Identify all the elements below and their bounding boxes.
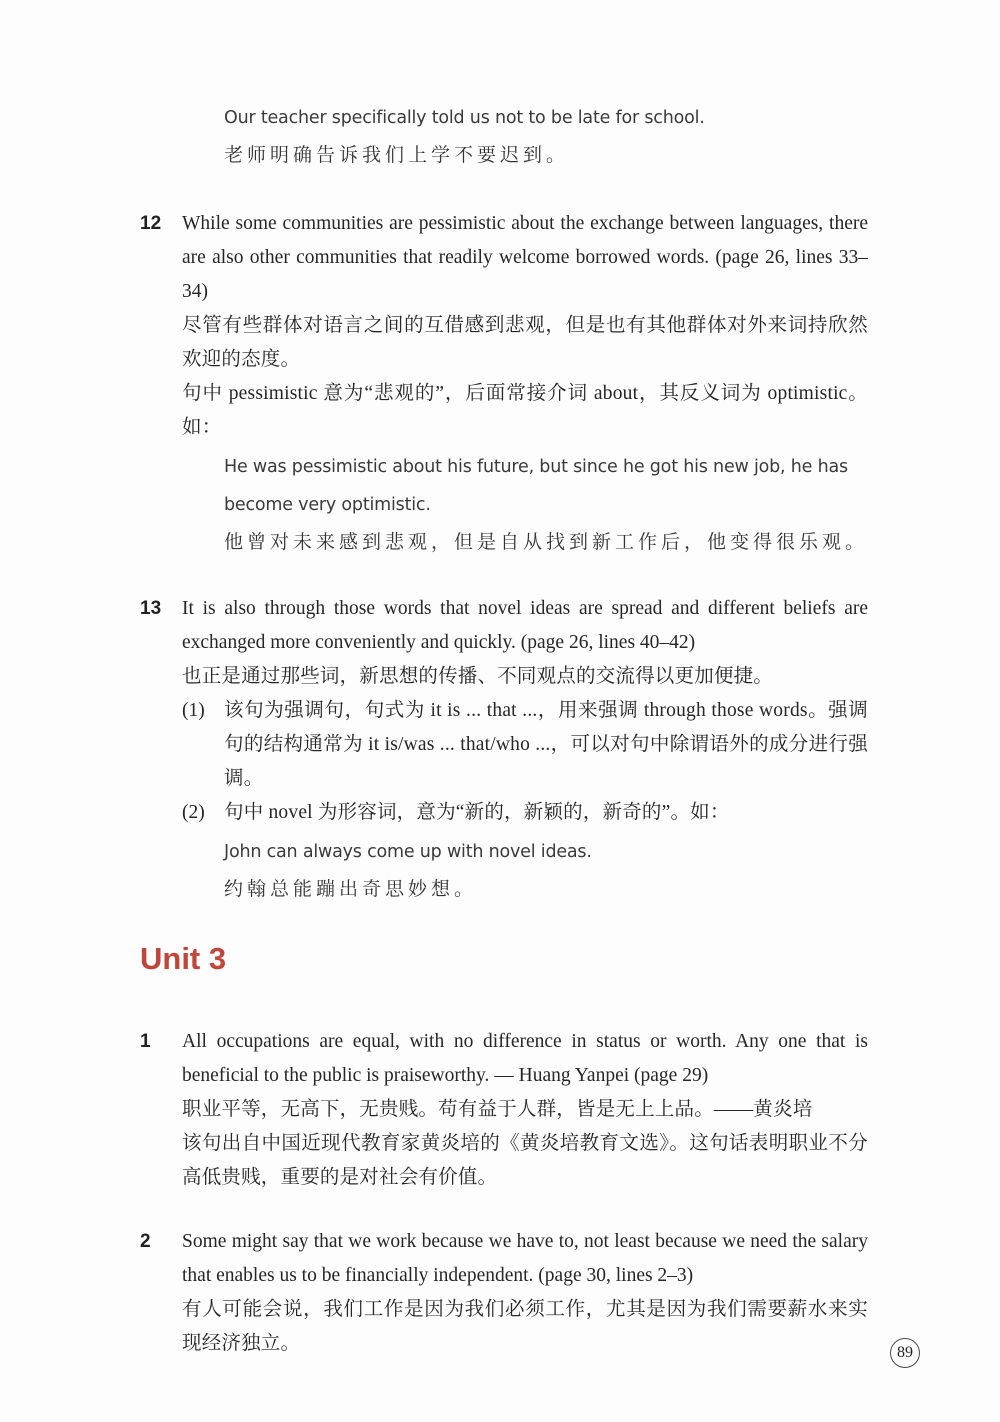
item-english-sentence: It is also through those words that nove… — [182, 592, 868, 660]
sub-item-text: 该句为强调句，句式为 it is ... that ...，用来强调 throu… — [224, 694, 868, 796]
page-number-badge: 89 — [890, 1338, 920, 1368]
example-translation-zh: 约翰总能蹦出奇思妙想。 — [224, 871, 868, 909]
item-chinese-translation: 有人可能会说，我们工作是因为我们必须工作，尤其是因为我们需要薪水来实现经济独立。 — [182, 1293, 868, 1361]
numbered-item-2: 2 Some might say that we work because we… — [140, 1225, 868, 1361]
example-sentence-en: John can always come up with novel ideas… — [224, 833, 868, 871]
example-translation-zh: 老师明确告诉我们上学不要迟到。 — [224, 137, 868, 175]
sub-item-1: (1) 该句为强调句，句式为 it is ... that ...，用来强调 t… — [182, 694, 868, 796]
item-number-spacer — [140, 96, 182, 175]
item-number: 12 — [140, 207, 182, 562]
unit-heading: Unit 3 — [140, 939, 868, 979]
page-content: Our teacher specifically told us not to … — [0, 0, 1000, 1361]
numbered-item-12: 12 While some communities are pessimisti… — [140, 207, 868, 562]
example-block: Our teacher specifically told us not to … — [182, 99, 868, 175]
item-chinese-quote: 职业平等，无高下，无贵贱。苟有益于人群，皆是无上上品。——黄炎培 — [182, 1093, 868, 1127]
sub-item-2: (2) 句中 novel 为形容词，意为“新的，新颖的，新奇的”。如： — [182, 796, 868, 830]
usage-note: 句中 pessimistic 意为“悲观的”，后面常接介词 about，其反义词… — [182, 377, 868, 445]
numbered-item-1: 1 All occupations are equal, with no dif… — [140, 1025, 868, 1195]
textbook-page: Our teacher specifically told us not to … — [0, 0, 1000, 1422]
example-translation-zh: 他曾对未来感到悲观，但是自从找到新工作后，他变得很乐观。 — [224, 524, 868, 562]
example-sentence-en: He was pessimistic about his future, but… — [224, 448, 868, 524]
item-chinese-translation: 也正是通过那些词，新思想的传播、不同观点的交流得以更加便捷。 — [182, 660, 868, 694]
item-chinese-translation: 尽管有些群体对语言之间的互借感到悲观，但是也有其他群体对外来词持欣然欢迎的态度。 — [182, 309, 868, 377]
example-block: He was pessimistic about his future, but… — [182, 448, 868, 562]
numbered-item-13: 13 It is also through those words that n… — [140, 592, 868, 909]
item-english-sentence: Some might say that we work because we h… — [182, 1225, 868, 1293]
sub-item-marker: (2) — [182, 796, 224, 830]
example-sentence-en: Our teacher specifically told us not to … — [224, 99, 868, 137]
intro-example-block: Our teacher specifically told us not to … — [140, 96, 868, 175]
item-english-sentence: While some communities are pessimistic a… — [182, 207, 868, 309]
page-number: 89 — [897, 1344, 913, 1362]
sub-item-marker: (1) — [182, 694, 224, 796]
item-english-sentence: All occupations are equal, with no diffe… — [182, 1025, 868, 1093]
item-chinese-note: 该句出自中国近现代教育家黄炎培的《黄炎培教育文选》。这句话表明职业不分高低贵贱，… — [182, 1127, 868, 1195]
sub-item-text: 句中 novel 为形容词，意为“新的，新颖的，新奇的”。如： — [224, 796, 868, 830]
item-number: 2 — [140, 1225, 182, 1361]
item-number: 13 — [140, 592, 182, 909]
example-block: John can always come up with novel ideas… — [182, 833, 868, 909]
item-number: 1 — [140, 1025, 182, 1195]
